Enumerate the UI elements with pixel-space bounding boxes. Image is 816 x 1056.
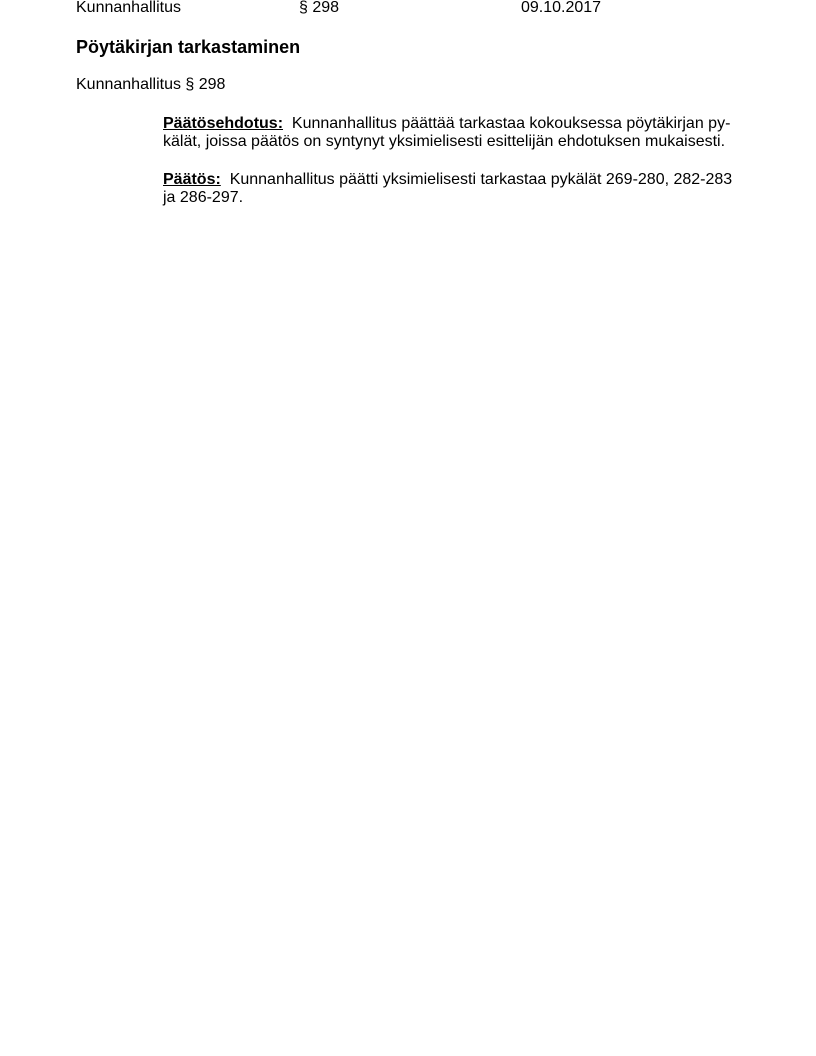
header-body: Kunnanhallitus	[76, 0, 181, 17]
page-title: Pöytäkirjan tarkastaminen	[76, 37, 300, 57]
header-section: § 298	[299, 0, 339, 17]
section-reference: Kunnanhallitus § 298	[76, 76, 225, 94]
proposal-paragraph: Päätösehdotus: Kunnanhallitus päättää ta…	[163, 115, 738, 151]
decision-label: Päätös:	[163, 171, 221, 188]
proposal-label: Päätösehdotus:	[163, 115, 283, 132]
header-date: 09.10.2017	[521, 0, 601, 17]
decision-paragraph: Päätös: Kunnanhallitus päätti yksimielis…	[163, 171, 738, 207]
decision-text: Kunnanhallitus päätti yksimielisesti tar…	[163, 171, 732, 206]
